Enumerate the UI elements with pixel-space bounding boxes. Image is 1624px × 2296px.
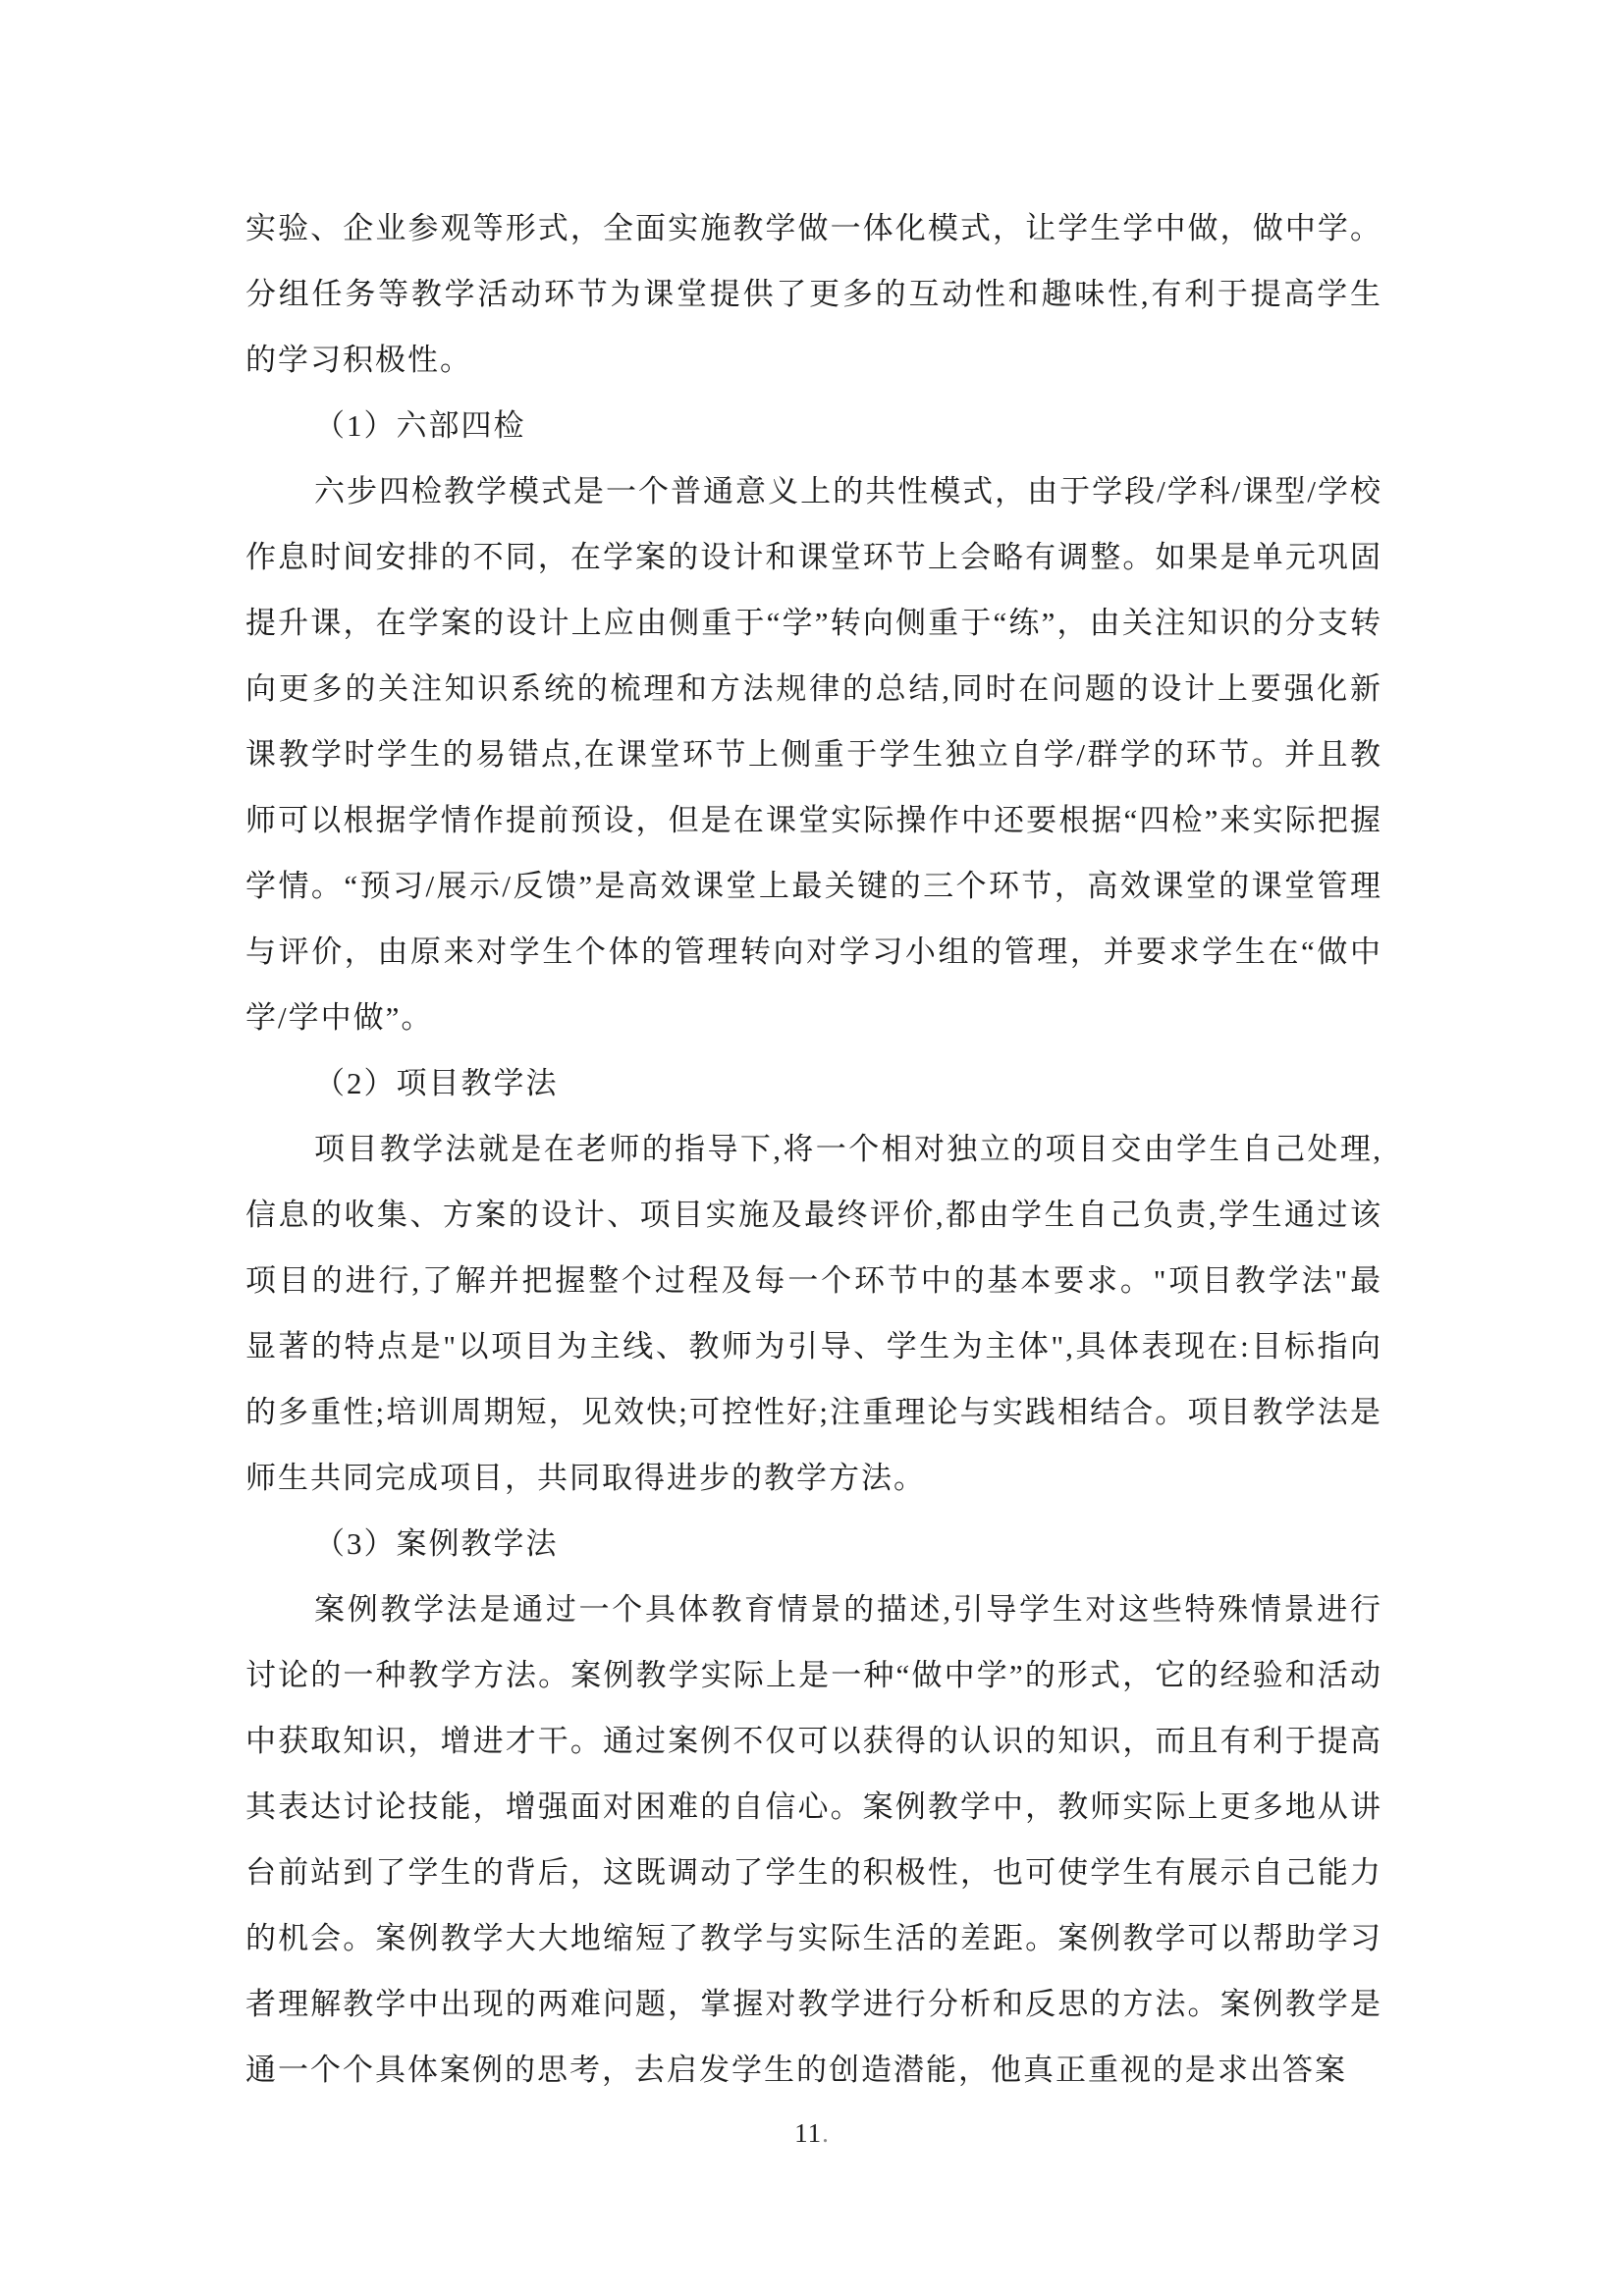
document-page: 实验、企业参观等形式，全面实施教学做一体化模式，让学生学中做，做中学。分组任务等… <box>0 0 1624 2296</box>
page-number-dot: . <box>822 2118 830 2148</box>
paragraph-continued: 实验、企业参观等形式，全面实施教学做一体化模式，让学生学中做，做中学。分组任务等… <box>245 195 1382 393</box>
section-heading-2: （2）项目教学法 <box>245 1050 1382 1116</box>
section-heading-3: （3）案例教学法 <box>245 1511 1382 1576</box>
page-footer: 11. <box>0 2118 1624 2149</box>
paragraph-case-teaching-method: 案例教学法是通过一个具体教育情景的描述,引导学生对这些特殊情景进行讨论的一种教学… <box>245 1576 1382 2103</box>
paragraph-project-teaching-method: 项目教学法就是在老师的指导下,将一个相对独立的项目交由学生自己处理,信息的收集、… <box>245 1116 1382 1511</box>
page-number: 11 <box>794 2118 822 2148</box>
section-heading-1: （1）六部四检 <box>245 393 1382 458</box>
paragraph-six-step-four-check: 六步四检教学模式是一个普通意义上的共性模式，由于学段/学科/课型/学校作息时间安… <box>245 458 1382 1050</box>
